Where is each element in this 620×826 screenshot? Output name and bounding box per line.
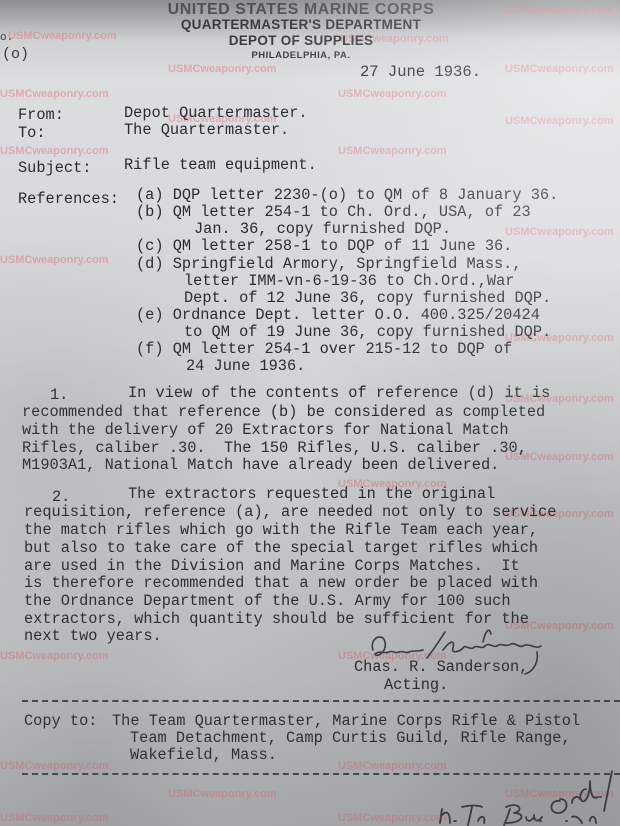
file-number: (o) xyxy=(2,46,29,63)
watermark: USMCweaponry.com xyxy=(0,145,109,157)
watermark: USMCweaponry.com xyxy=(0,254,109,266)
paragraph-2-line: The extractors requested in the original xyxy=(128,485,495,503)
paragraph-2-line: next two years. xyxy=(24,627,162,645)
watermark: USMCweaponry.com xyxy=(505,63,614,75)
letterhead-office: DEPOT OF SUPPLIES xyxy=(0,33,611,48)
signatory-name: Chas. R. Sanderson, xyxy=(354,658,528,676)
to-label: To: xyxy=(18,124,46,142)
reference-f-cont: 24 June 1936. xyxy=(186,357,305,375)
copy-to-label: Copy to: xyxy=(24,712,97,730)
paragraph-1-line: with the delivery of 20 Extractors for N… xyxy=(22,421,509,439)
watermark: USMCweaponry.com xyxy=(168,63,277,75)
paragraph-1-line: M1903A1, National Match have already bee… xyxy=(22,456,499,474)
paragraph-2-line: the match rifles which go with the Rifle… xyxy=(24,521,538,539)
file-number-fragment: o. xyxy=(0,32,13,44)
copy-to-line: The Team Quartermaster, Marine Corps Rif… xyxy=(112,712,580,730)
paragraph-2-line: requisition, reference (a), are needed n… xyxy=(24,503,556,521)
paragraph-2-line: but also to take care of the special tar… xyxy=(24,539,538,557)
watermark: USMCweaponry.com xyxy=(168,788,277,800)
watermark: USMCweaponry.com xyxy=(505,226,614,238)
paragraph-2-line: extractors, which quantity should be suf… xyxy=(24,610,529,628)
reference-b: (b) QM letter 254-1 to Ch. Ord., USA, of… xyxy=(136,203,531,221)
separator-top xyxy=(22,700,620,702)
reference-d: (d) Springfield Armory, Springfield Mass… xyxy=(136,255,522,273)
paragraph-1-line: recommended that reference (b) be consid… xyxy=(22,403,545,421)
paragraph-2-line: are used in the Division and Marine Corp… xyxy=(24,557,520,575)
paragraph-1-line: Rifles, caliber .30. The 150 Rifles, U.S… xyxy=(22,439,527,457)
paragraph-1-line: In view of the contents of reference (d)… xyxy=(128,384,550,402)
copy-to-line: Team Detachment, Camp Curtis Guild, Rifl… xyxy=(130,729,571,747)
watermark: USMCweaponry.com xyxy=(338,88,447,100)
reference-e-cont: to QM of 19 June 36, copy furnished DQP. xyxy=(184,323,551,341)
document-page: USMCweaponry.com USMCweaponry.com USMCwe… xyxy=(0,0,620,826)
paragraph-1-number: 1. xyxy=(50,386,68,404)
handwritten-note xyxy=(420,765,620,826)
reference-b-cont: Jan. 36, copy furnished DQP. xyxy=(194,220,451,238)
from-value: Depot Quartermaster. xyxy=(124,104,308,122)
references-label: References: xyxy=(18,190,119,208)
subject-label: Subject: xyxy=(18,159,91,177)
to-value: The Quartermaster. xyxy=(124,121,289,139)
watermark: USMCweaponry.com xyxy=(0,760,109,772)
signatory-title: Acting. xyxy=(384,676,448,694)
reference-e: (e) Ordnance Dept. letter O.O. 400.325/2… xyxy=(136,306,540,324)
letter-date: 27 June 1936. xyxy=(360,63,481,81)
letterhead-department: QUARTERMASTER'S DEPARTMENT xyxy=(0,17,611,32)
watermark: USMCweaponry.com xyxy=(505,115,614,127)
watermark: USMCweaponry.com xyxy=(0,812,109,824)
from-label: From: xyxy=(18,106,64,124)
reference-c: (c) QM letter 258-1 to DQP of 11 June 36… xyxy=(136,237,512,255)
copy-to-line: Wakefield, Mass. xyxy=(130,746,277,764)
reference-f: (f) QM letter 254-1 over 215-12 to DQP o… xyxy=(136,340,512,358)
subject-value: Rifle team equipment. xyxy=(124,156,317,174)
letterhead-location: PHILADELPHIA, PA. xyxy=(0,50,611,61)
watermark: USMCweaponry.com xyxy=(338,145,447,157)
watermark: USMCweaponry.com xyxy=(0,650,109,662)
paragraph-2-line: the Ordnance Department of the U.S. Army… xyxy=(24,592,511,610)
reference-d-cont-2: Dept. of 12 June 36, copy furnished DQP. xyxy=(184,289,551,307)
paragraph-2-line: is therefore recommended that a new orde… xyxy=(24,574,538,592)
watermark: USMCweaponry.com xyxy=(0,88,109,100)
reference-d-cont-1: letter IMM-vn-6-19-36 to Ch.Ord.,War xyxy=(184,272,514,290)
reference-a: (a) DQP letter 2230-(o) to QM of 8 Janua… xyxy=(136,186,558,204)
